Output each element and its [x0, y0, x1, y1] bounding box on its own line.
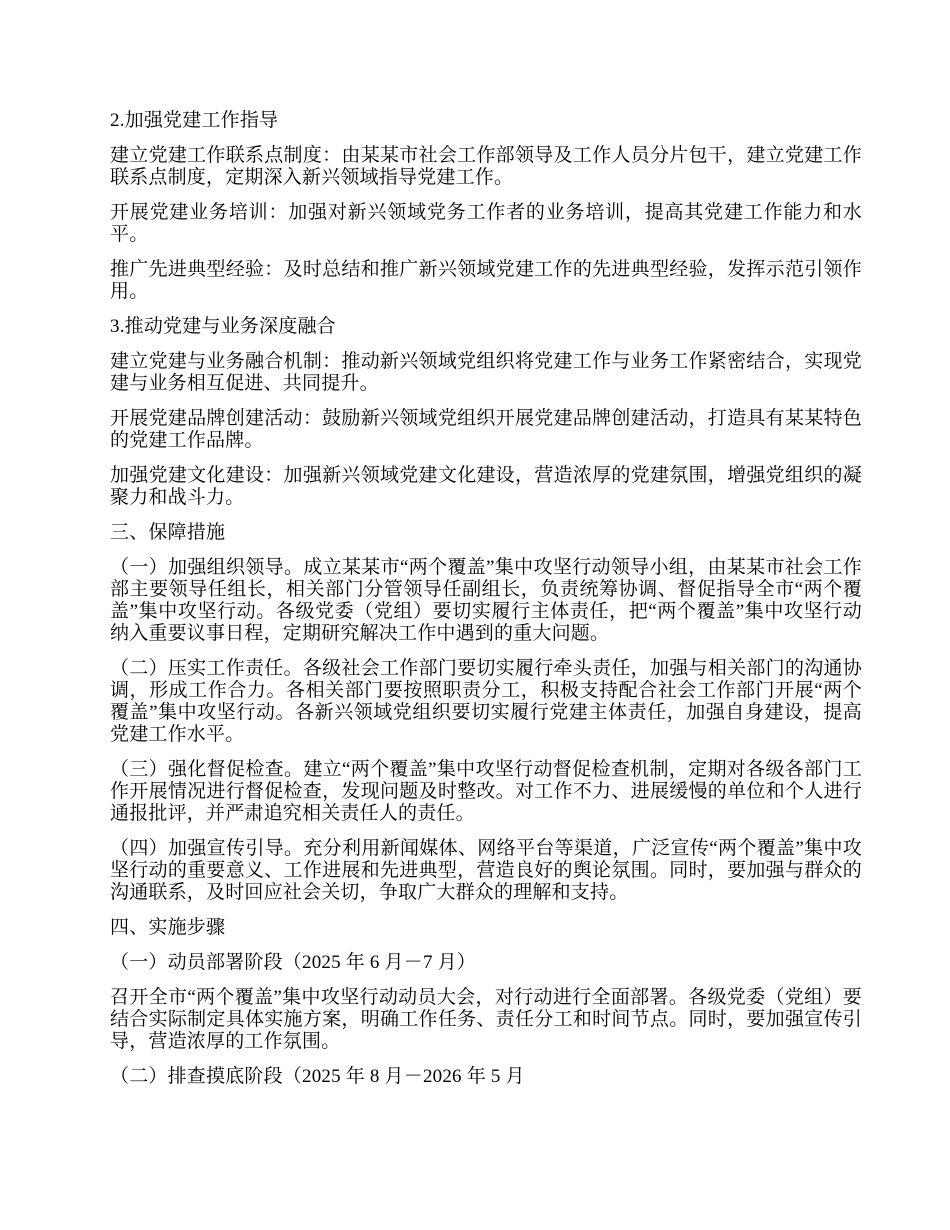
body-paragraph: （二）压实工作责任。各级社会工作部门要切实履行牵头责任，加强与相关部门的沟通协调…: [110, 658, 862, 746]
body-paragraph: 开展党建品牌创建活动：鼓励新兴领域党组织开展党建品牌创建活动，打造具有某某特色的…: [110, 408, 862, 452]
document-page: 2.加强党建工作指导建立党建工作联系点制度：由某某市社会工作部领导及工作人员分片…: [0, 0, 950, 1230]
section-heading: 3.推动党建与业务深度融合: [110, 316, 862, 338]
body-paragraph: 召开全市“两个覆盖”集中攻坚行动动员大会，对行动进行全面部署。各级党委（党组）要…: [110, 987, 862, 1053]
body-paragraph: （四）加强宣传引导。充分利用新闻媒体、网络平台等渠道，广泛宣传“两个覆盖”集中攻…: [110, 838, 862, 904]
section-heading: 三、保障措施: [110, 522, 862, 544]
body-paragraph: 推广先进典型经验：及时总结和推广新兴领域党建工作的先进典型经验，发挥示范引领作用…: [110, 259, 862, 303]
body-paragraph: 建立党建工作联系点制度：由某某市社会工作部领导及工作人员分片包干，建立党建工作联…: [110, 145, 862, 189]
body-paragraph: （一）动员部署阶段（2025 年 6 月－7 月）: [110, 952, 862, 974]
body-paragraph: 加强党建文化建设：加强新兴领域党建文化建设，营造浓厚的党建氛围，增强党组织的凝聚…: [110, 465, 862, 509]
body-paragraph: 建立党建与业务融合机制：推动新兴领域党组织将党建工作与业务工作紧密结合，实现党建…: [110, 351, 862, 395]
body-paragraph: （二）排查摸底阶段（2025 年 8 月－2026 年 5 月: [110, 1066, 862, 1088]
section-heading: 2.加强党建工作指导: [110, 110, 862, 132]
section-heading: 四、实施步骤: [110, 917, 862, 939]
body-paragraph: （一）加强组织领导。成立某某市“两个覆盖”集中攻坚行动领导小组，由某某市社会工作…: [110, 557, 862, 645]
body-paragraph: （三）强化督促检查。建立“两个覆盖”集中攻坚行动督促检查机制，定期对各级各部门工…: [110, 759, 862, 825]
body-paragraph: 开展党建业务培训：加强对新兴领域党务工作者的业务培训，提高其党建工作能力和水平。: [110, 202, 862, 246]
document-content: 2.加强党建工作指导建立党建工作联系点制度：由某某市社会工作部领导及工作人员分片…: [110, 110, 862, 1088]
